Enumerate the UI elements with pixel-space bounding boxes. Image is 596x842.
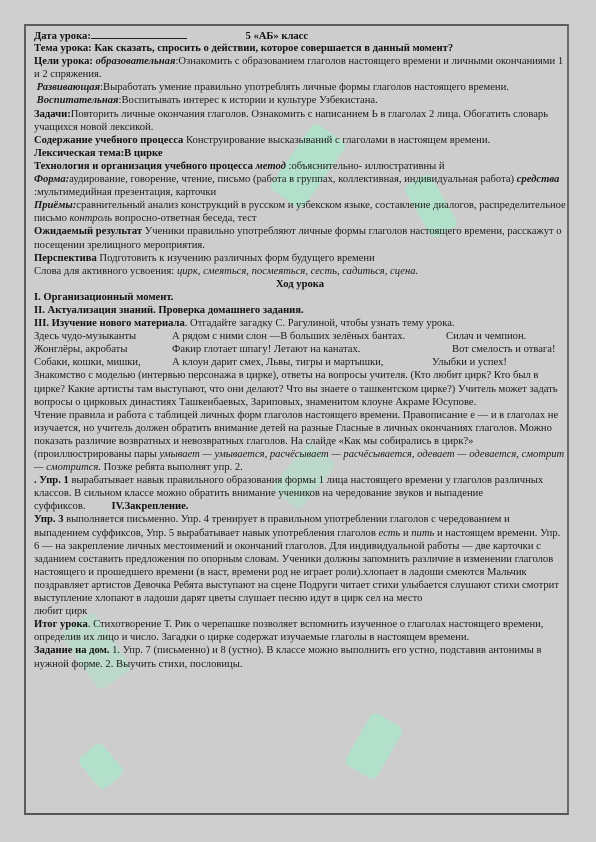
means-label: средства bbox=[517, 174, 560, 185]
control-text: вопросно-ответная беседа, тест bbox=[112, 213, 256, 224]
form-text: аудирование, говорение, чтение, письмо (… bbox=[69, 174, 517, 185]
active-words-list: цирк, смеяться, посмеяться, сесть, садит… bbox=[177, 266, 418, 277]
method-label: метод bbox=[253, 161, 286, 172]
exercise-3-text-cont: и настоящем времени. Упр. 6 — на закрепл… bbox=[34, 528, 560, 604]
goals-developing: Развивающая:Выработать умение правильно … bbox=[34, 81, 566, 94]
summary-text: . Стихотворение Т. Рик о черепашке позво… bbox=[34, 619, 543, 643]
exercise-3-label: Упр. 3 bbox=[34, 514, 64, 525]
upbringing-label: Воспитательная bbox=[37, 95, 119, 106]
homework-label: Задание на дом. bbox=[34, 645, 109, 656]
riddle-row: Жонглёры, акробаты Факир глотает шпагу! … bbox=[34, 343, 566, 356]
stage-4-label: IV.Закрепление. bbox=[111, 501, 188, 512]
expected-label: Ожидаемый результат bbox=[34, 226, 142, 237]
tasks: Задачи:Повторить личные окончания глагол… bbox=[34, 108, 566, 134]
lexical-topic: Лексическая тема:В цирке bbox=[34, 147, 566, 160]
form-label: Форма: bbox=[34, 174, 69, 185]
homework-text: 1. Упр. 7 (письменно) и 8 (устно). В кла… bbox=[34, 645, 542, 669]
lesson-flow-heading: Ход урока bbox=[276, 279, 324, 290]
form: Форма:аудирование, говорение, чтение, пи… bbox=[34, 173, 566, 199]
content-process-label: Содержание учебного процесса bbox=[34, 135, 183, 146]
summary-label: Итог урока bbox=[34, 619, 88, 630]
tasks-text: Повторить личные окончания глаголов. Озн… bbox=[34, 109, 548, 133]
exercise-3: Упр. 3 выполняется письменно. Упр. 4 тре… bbox=[34, 513, 566, 605]
active-words: Слова для активного усвоения: цирк, смея… bbox=[34, 265, 566, 278]
technology: Технология и организация учебного процес… bbox=[34, 160, 566, 173]
riddle-cell: Жонглёры, акробаты bbox=[34, 343, 172, 356]
riddle-cell: Собаки, кошки, мишки, bbox=[34, 356, 172, 369]
content-process-text: Конструирование высказываний с глаголами… bbox=[183, 135, 490, 146]
stage-1: I. Организационный момент. bbox=[34, 291, 566, 304]
lesson-flow-title: Ход урока bbox=[34, 278, 566, 291]
topic-label: Тема урока: bbox=[34, 43, 92, 54]
method-text: :объяснительно- иллюстративны й bbox=[286, 161, 445, 172]
riddle-cell: А рядом с ними слон —В больших зелёных б… bbox=[172, 330, 432, 343]
developing-text: :Выработать умение правильно употреблять… bbox=[100, 82, 509, 93]
expected-result: Ожидаемый результат Ученики правильно уп… bbox=[34, 225, 566, 251]
topic-line: Тема урока: Как сказать, спросить о дейс… bbox=[34, 42, 566, 55]
homework: Задание на дом. 1. Упр. 7 (письменно) и … bbox=[34, 644, 566, 670]
stage-3-label: III. Изучение нового материала bbox=[34, 318, 185, 329]
date-label: Дата урока: bbox=[34, 31, 91, 42]
goals-label: Цели урока: bbox=[34, 56, 93, 67]
riddle-cell: Факир глотает шпагу! Летают на канатах. bbox=[172, 343, 432, 356]
verb-pit: пить bbox=[411, 528, 434, 539]
rule-paragraph: Чтение правила и работа с таблицей личны… bbox=[34, 409, 566, 474]
rule-text-end: Позже ребята выполнят упр. 2. bbox=[101, 462, 243, 473]
developing-label: Развивающая bbox=[37, 82, 100, 93]
upbringing-text: :Воспитывать интерес к истории и культур… bbox=[119, 95, 378, 106]
lesson-plan-page: Дата урока: 5 «АБ» класс Тема урока: Как… bbox=[24, 24, 569, 815]
tasks-label: Задачи: bbox=[34, 109, 71, 120]
exercise-3-last: любит цирк bbox=[34, 605, 566, 618]
content-process: Содержание учебного процесса Конструиров… bbox=[34, 134, 566, 147]
exercise-1: . Упр. 1 вырабатывает навык правильного … bbox=[34, 474, 566, 513]
active-words-label: Слова для активного усвоения: bbox=[34, 266, 177, 277]
perspective-label: Перспектива bbox=[34, 253, 97, 264]
class-label: 5 «АБ» класс bbox=[246, 31, 309, 42]
stage-2: II. Актуализация знаний. Проверка домашн… bbox=[34, 304, 566, 317]
stage-1-text: I. Организационный момент. bbox=[34, 292, 173, 303]
techniques: Приёмы:сравнительный анализ конструкций … bbox=[34, 199, 566, 225]
technology-label: Технология и организация учебного процес… bbox=[34, 161, 253, 172]
riddle-cell: Здесь чудо-музыканты bbox=[34, 330, 172, 343]
perspective: Перспектива Подготовить к изучению разли… bbox=[34, 252, 566, 265]
riddle-cell: А клоун дарит смех, Львы, тигры и мартыш… bbox=[172, 356, 432, 369]
model-paragraph: Знакомство с моделью (интервью персонажа… bbox=[34, 369, 566, 408]
watermark-shape bbox=[343, 711, 404, 781]
lesson-summary: Итог урока. Стихотворение Т. Рик о череп… bbox=[34, 618, 566, 644]
date-blank bbox=[91, 29, 187, 39]
goals-upbringing: Воспитательная:Воспитывать интерес к ист… bbox=[34, 94, 566, 107]
verb-est: есть bbox=[379, 528, 401, 539]
educational-label: образовательная bbox=[96, 56, 176, 67]
header-line: Дата урока: 5 «АБ» класс bbox=[34, 29, 566, 42]
means-text: :мультимедийная презентация, карточки bbox=[34, 187, 216, 198]
goals-educational: Цели урока: образовательная:Ознакомить с… bbox=[34, 55, 566, 81]
stage-3: III. Изучение нового материала. Отгадайт… bbox=[34, 317, 566, 330]
stage-2-text: II. Актуализация знаний. Проверка домашн… bbox=[34, 305, 304, 316]
topic-text: Как сказать, спросить о действии, которо… bbox=[94, 43, 453, 54]
riddle-cell: Улыбки и успех! bbox=[432, 356, 566, 369]
perspective-text: Подготовить к изучению различных форм бу… bbox=[97, 253, 375, 264]
exercise-1-label: . Упр. 1 bbox=[34, 475, 69, 486]
riddle-cell: Вот смелость и отвага! bbox=[432, 343, 566, 356]
stage-3-text: . Отгадайте загадку С. Рагулиной, чтобы … bbox=[185, 318, 455, 329]
watermark-shape bbox=[77, 741, 126, 791]
techniques-label: Приёмы: bbox=[34, 200, 76, 211]
document-body: Дата урока: 5 «АБ» класс Тема урока: Как… bbox=[34, 29, 566, 671]
riddle-row: Здесь чудо-музыканты А рядом с ними слон… bbox=[34, 330, 566, 343]
lexical-topic-label: Лексическая тема: bbox=[34, 148, 124, 159]
riddle-cell: Силач и чемпион. bbox=[432, 330, 566, 343]
riddle-row: Собаки, кошки, мишки, А клоун дарит смех… bbox=[34, 356, 566, 369]
conjunction: и bbox=[400, 528, 411, 539]
control-label: контроль bbox=[70, 213, 113, 224]
lexical-topic-text: В цирке bbox=[124, 148, 162, 159]
